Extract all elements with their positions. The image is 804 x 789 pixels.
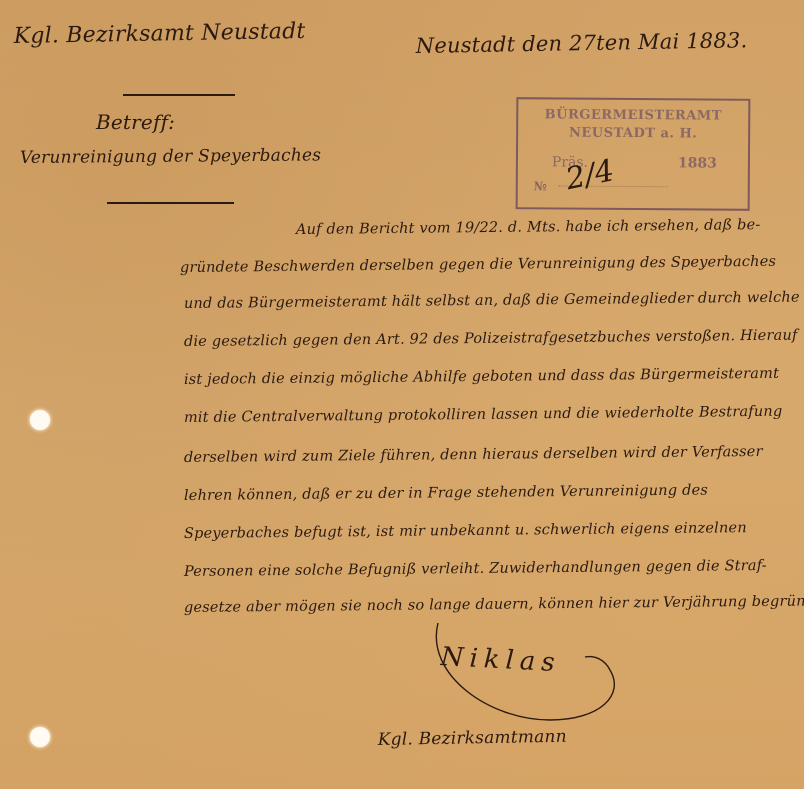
subject-label: Betreff:	[96, 110, 175, 134]
body-line-10: Personen eine solche Befugniß verleiht. …	[184, 558, 767, 580]
stamp-number-label: №	[534, 179, 547, 193]
body-line-2: gründete Beschwerden derselben gegen die…	[180, 254, 776, 276]
mayor-office-stamp: BÜRGERMEISTERAMT NEUSTADT a. H. Präs. 18…	[516, 97, 751, 211]
body-line-4: die gesetzlich gegen den Art. 92 des Pol…	[184, 328, 798, 350]
stamp-line-1: BÜRGERMEISTERAMT	[518, 107, 748, 124]
subject-rule-bottom	[107, 202, 234, 204]
body-line-6: mit die Centralverwaltung protokolliren …	[184, 404, 783, 426]
signature-title: Kgl. Bezirksamtmann	[378, 727, 567, 750]
stamp-year: 1883	[678, 155, 717, 171]
subject-rule-top	[123, 94, 235, 96]
subject-text: Verunreinigung der Speyerbaches	[20, 145, 321, 168]
stamp-line-2: NEUSTADT a. H.	[518, 125, 748, 142]
body-line-7: derselben wird zum Ziele führen, denn hi…	[184, 444, 763, 466]
body-line-8: lehren können, daß er zu der in Frage st…	[184, 483, 708, 504]
punch-hole-upper	[30, 410, 50, 430]
sender-heading: Kgl. Bezirksamt Neustadt	[14, 19, 306, 49]
body-line-3: und das Bürgermeisteramt hält selbst an,…	[184, 290, 800, 312]
body-line-1: Auf den Bericht vom 19/22. d. Mts. habe …	[296, 217, 761, 238]
punch-hole-lower	[30, 727, 50, 747]
body-line-9: Speyerbaches befugt ist, ist mir unbekan…	[184, 520, 747, 542]
place-date: Neustadt den 27ten Mai 1883.	[416, 28, 748, 58]
body-line-11: gesetze aber mögen sie noch so lange dau…	[184, 593, 804, 616]
signature-name: Niklas	[440, 642, 561, 678]
body-line-5: ist jedoch die einzig mögliche Abhilfe g…	[184, 366, 779, 388]
